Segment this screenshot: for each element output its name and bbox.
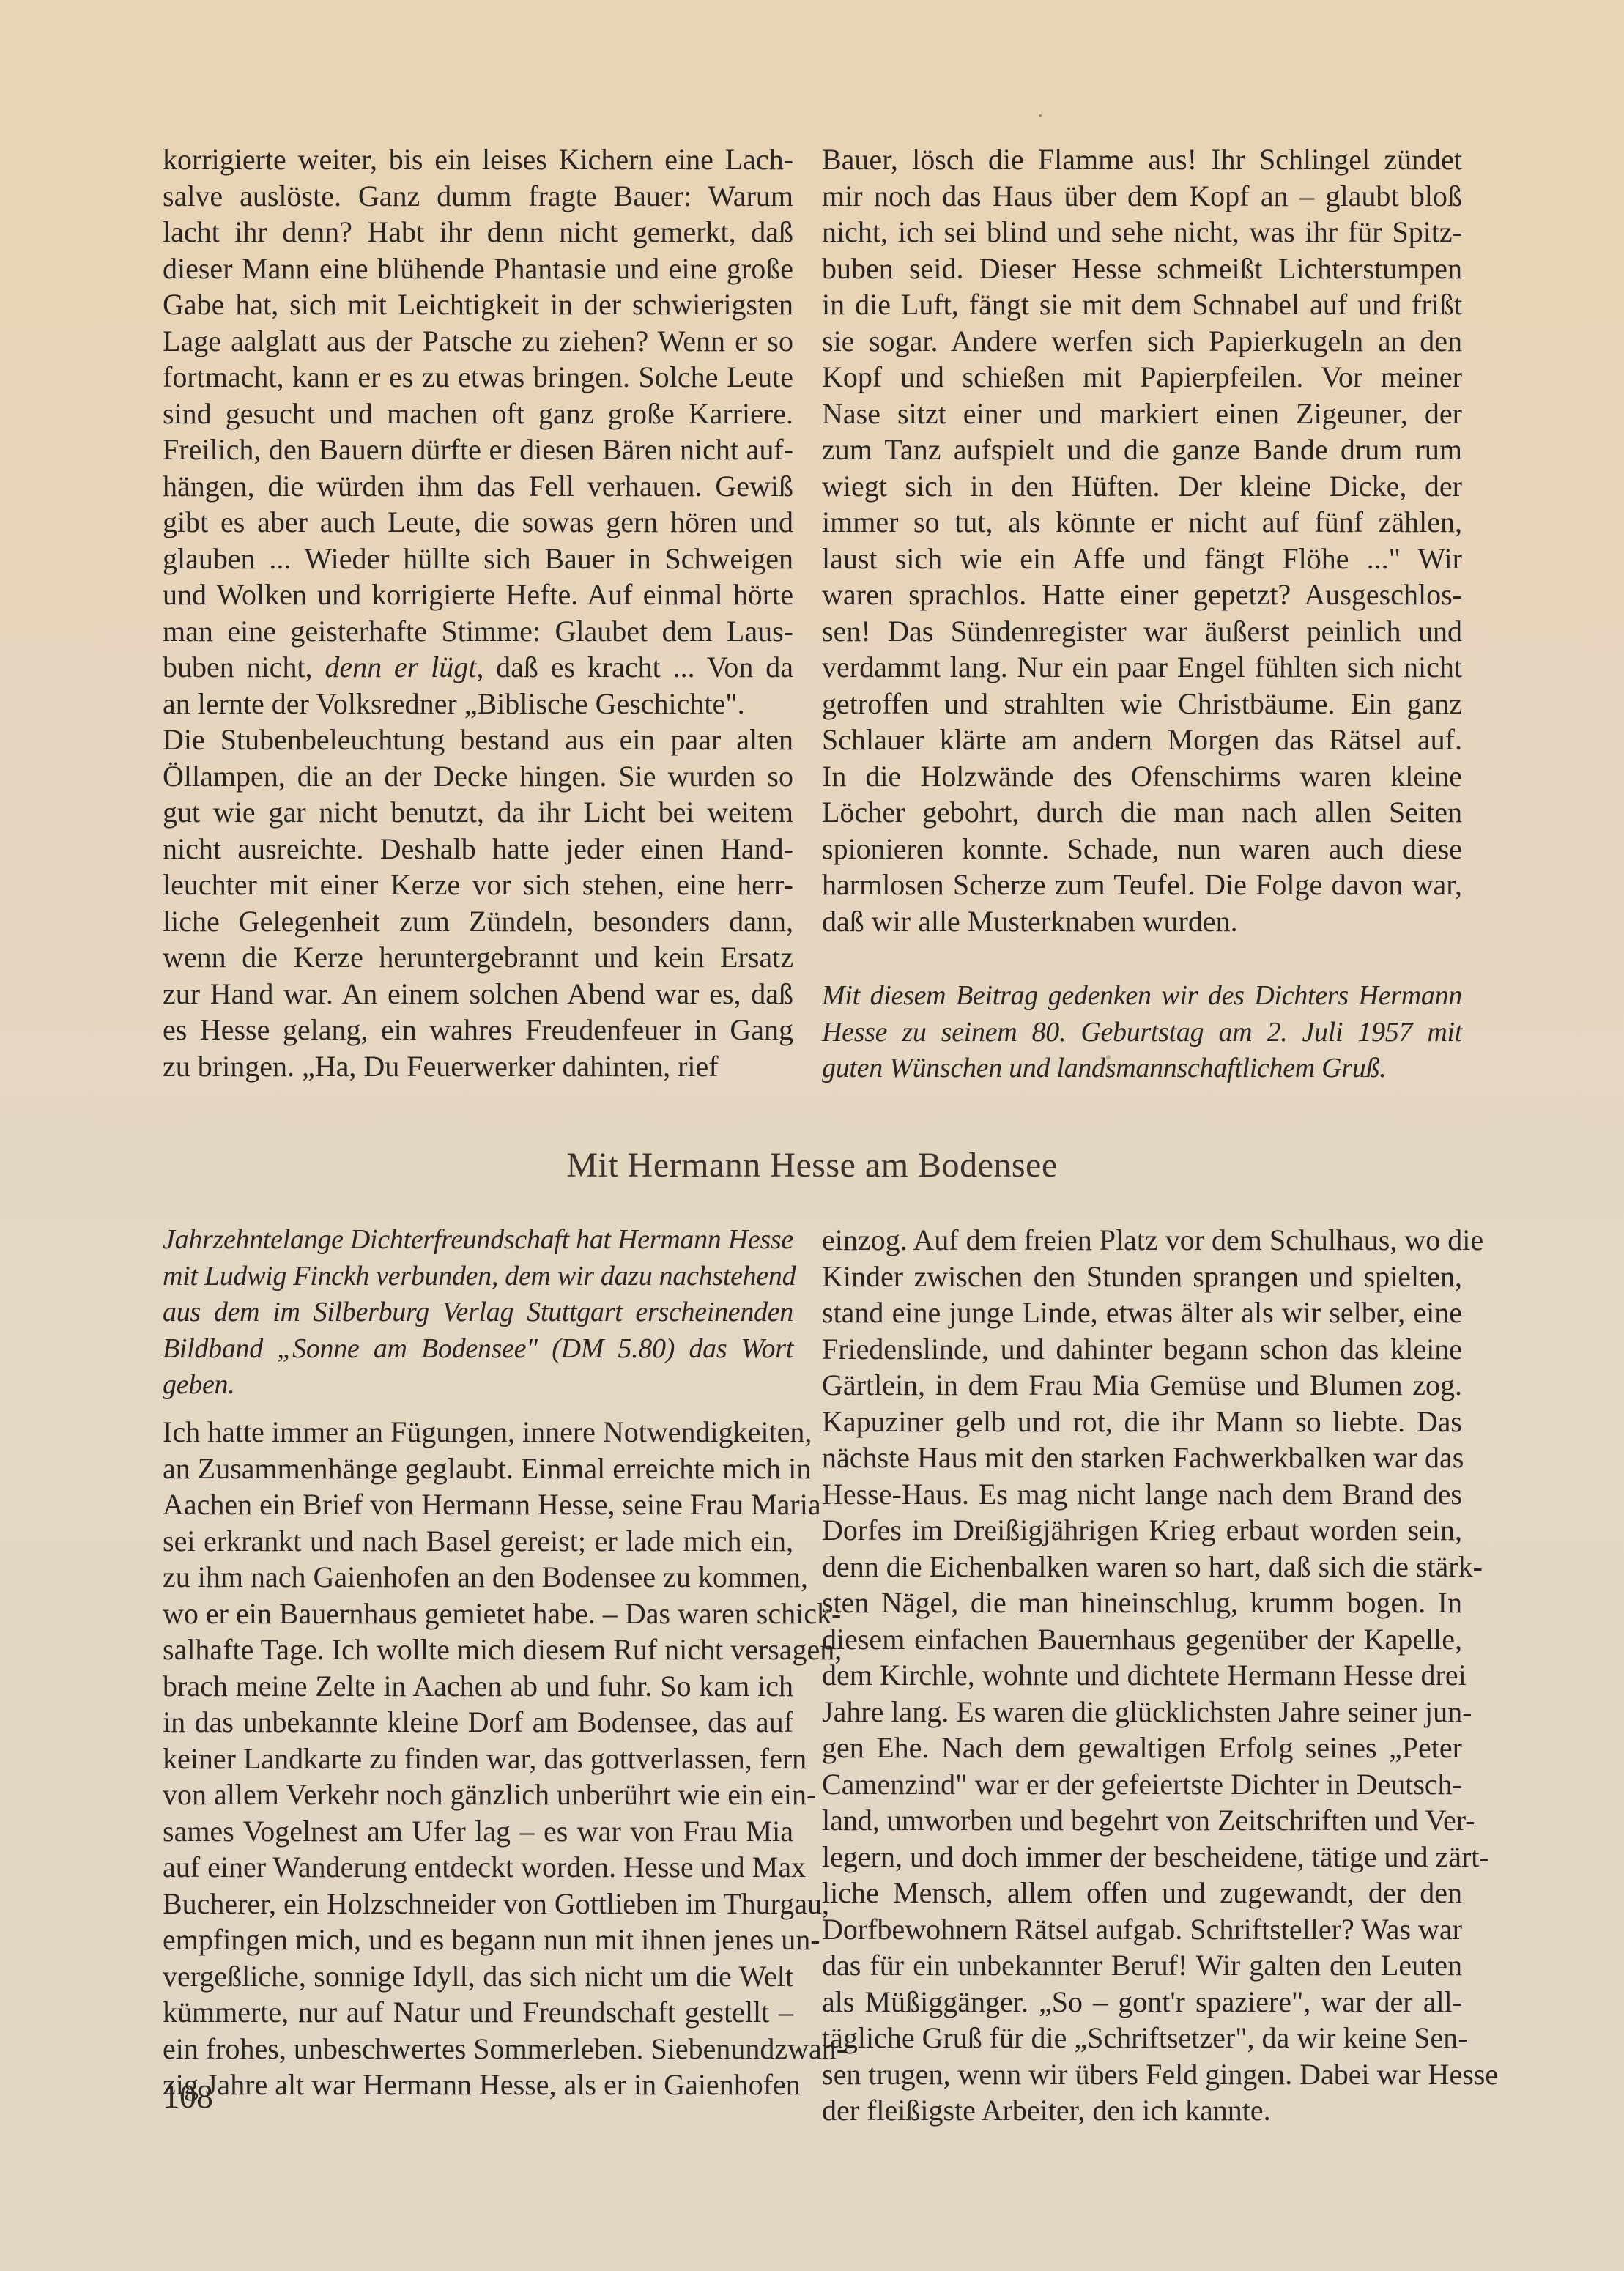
text-line: tägliche Gruß für die „Schriftsetzer", d… xyxy=(822,2020,1462,2056)
text-line: korrigierte weiter, bis ein leises Kiche… xyxy=(163,141,793,178)
text-line: salhafte Tage. Ich wollte mich diesem Ru… xyxy=(163,1631,793,1668)
text-line: einzog. Auf dem freien Platz vor dem Sch… xyxy=(822,1222,1462,1259)
text-line: Dorfes im Dreißigjährigen Krieg erbaut w… xyxy=(822,1512,1462,1549)
text-line: Jahre lang. Es waren die glücklichsten J… xyxy=(822,1694,1462,1730)
text-line: laust sich wie ein Affe und fängt Flöhe … xyxy=(822,541,1462,577)
text-line: gibt es aber auch Leute, die sowas gern … xyxy=(163,504,793,541)
text-line: daß wir alle Musterknaben wurden. xyxy=(822,903,1462,940)
text-line: zig Jahre alt war Hermann Hesse, als er … xyxy=(163,2067,793,2103)
text-line: Gärtlein, in dem Frau Mia Gemüse und Blu… xyxy=(822,1367,1462,1404)
text-line: empfingen mich, und es begann nun mit ih… xyxy=(163,1922,793,1958)
text-line: spionieren konnte. Schade, nun waren auc… xyxy=(822,831,1462,867)
text-line: lacht ihr denn? Habt ihr denn nicht geme… xyxy=(163,214,793,251)
text-line: Öllampen, die an der Decke hingen. Sie w… xyxy=(163,758,793,795)
text-line: Bucherer, ein Holzschneider von Gottlieb… xyxy=(163,1886,793,1922)
text-line: buben nicht, denn er lügt, daß es kracht… xyxy=(163,649,793,686)
text-line: als Müßiggänger. „So – gont'r spaziere",… xyxy=(822,1984,1462,2020)
text-line: mir noch das Haus über dem Kopf an – gla… xyxy=(822,178,1462,215)
text-line: das für ein unbekannter Beruf! Wir galte… xyxy=(822,1947,1462,1984)
text-line: zu bringen. „Ha, Du Feuerwerker dahinten… xyxy=(163,1048,793,1085)
text-line: waren sprachlos. Hatte einer gepetzt? Au… xyxy=(822,577,1462,613)
text-line: hängen, die würden ihm das Fell verhauen… xyxy=(163,468,793,505)
text-line: gut wie gar nicht benutzt, da ihr Licht … xyxy=(163,794,793,831)
text-line: vergeßliche, sonnige Idyll, das sich nic… xyxy=(163,1958,793,1995)
text-line: sei erkrankt und nach Basel gereist; er … xyxy=(163,1523,793,1560)
text-line: liche Mensch, allem offen und zugewandt,… xyxy=(822,1875,1462,1911)
text-line: in die Luft, fängt sie mit dem Schnabel … xyxy=(822,286,1462,323)
text-line: kümmerte, nur auf Natur und Freundschaft… xyxy=(163,1994,793,2031)
text-line: Hesse-Haus. Es mag nicht lange nach dem … xyxy=(822,1476,1462,1513)
text-line: an lernte der Volksredner „Biblische Ges… xyxy=(163,686,793,722)
text-line: man eine geisterhafte Stimme: Glaubet de… xyxy=(163,613,793,650)
text-line: In die Holzwände des Ofenschirms waren k… xyxy=(822,758,1462,795)
text-line: es Hesse gelang, ein wahres Freudenfeuer… xyxy=(163,1012,793,1048)
text-line: Gabe hat, sich mit Leichtigkeit in der s… xyxy=(163,286,793,323)
text-line: und Wolken und korrigierte Hefte. Auf ei… xyxy=(163,577,793,613)
text-line: guten Wünschen und landsmannschaftlichem… xyxy=(822,1051,1462,1087)
text-line: Friedenslinde, und dahinter begann schon… xyxy=(822,1331,1462,1368)
text-line: liche Gelegenheit zum Zündeln, besonders… xyxy=(163,903,793,940)
text-line: stand eine junge Linde, etwas älter als … xyxy=(822,1294,1462,1331)
text-line: zu ihm nach Gaienhofen an den Bodensee z… xyxy=(163,1559,793,1596)
text-line: Bauer, lösch die Flamme aus! Ihr Schling… xyxy=(822,141,1462,178)
text-line: zur Hand war. An einem solchen Abend war… xyxy=(163,976,793,1012)
text-line: Schlauer klärte am andern Morgen das Rät… xyxy=(822,722,1462,758)
text-line: sind gesucht und machen oft ganz große K… xyxy=(163,396,793,432)
text-line: wiegt sich in den Hüften. Der kleine Dic… xyxy=(822,468,1462,505)
text-line: Die Stubenbeleuchtung bestand aus ein pa… xyxy=(163,722,793,758)
text-line: ein frohes, unbeschwertes Sommerleben. S… xyxy=(163,2031,793,2067)
text-line: harmlosen Scherze zum Teufel. Die Folge … xyxy=(822,867,1462,903)
text-line: an Zusammenhänge geglaubt. Einmal erreic… xyxy=(163,1451,793,1487)
text-line: von allem Verkehr noch gänzlich unberühr… xyxy=(163,1777,793,1813)
text-line: immer so tut, als könnte er nicht auf fü… xyxy=(822,504,1462,541)
text-line: mit Ludwig Finckh verbunden, dem wir daz… xyxy=(163,1259,793,1295)
text-line: nicht, ich sei blind und sehe nicht, was… xyxy=(822,214,1462,251)
text-line: Ich hatte immer an Fügungen, innere Notw… xyxy=(163,1414,793,1451)
text-line: fortmacht, kann er es zu etwas bringen. … xyxy=(163,359,793,396)
text-line: Löcher gebohrt, durch die man nach allen… xyxy=(822,794,1462,831)
text-line: sen! Das Sündenregister war äußerst pein… xyxy=(822,613,1462,650)
text-line: Dorfbewohnern Rätsel aufgab. Schriftstel… xyxy=(822,1911,1462,1948)
paper-speck xyxy=(1039,114,1042,117)
paper-speck xyxy=(1106,1055,1111,1059)
text-line: gen Ehe. Nach dem gewaltigen Erfolg sein… xyxy=(822,1730,1462,1766)
top-left-column: korrigierte weiter, bis ein leises Kiche… xyxy=(163,141,793,1084)
text-line: land, umworben und begehrt von Zeitschri… xyxy=(822,1802,1462,1839)
text-line: Nase sitzt einer und markiert einen Zige… xyxy=(822,396,1462,432)
text-line: zum Tanz aufspielt und die ganze Bande d… xyxy=(822,431,1462,468)
text-line: sie sogar. Andere werfen sich Papierkuge… xyxy=(822,323,1462,360)
text-line: buben seid. Dieser Hesse schmeißt Lichte… xyxy=(822,251,1462,287)
text-line: Bildband „Sonne am Bodensee" (DM 5.80) d… xyxy=(163,1331,793,1368)
text-line: Kopf und schießen mit Papierpfeilen. Vor… xyxy=(822,359,1462,396)
text-line: dem Kirchle, wohnte und dichtete Hermann… xyxy=(822,1657,1462,1694)
text-line: auf einer Wanderung entdeckt worden. Hes… xyxy=(163,1849,793,1886)
text-line: Jahrzehntelange Dichterfreundschaft hat … xyxy=(163,1222,793,1259)
text-line: Hesse zu seinem 80. Geburtstag am 2. Jul… xyxy=(822,1015,1462,1051)
text-line: diesem einfachen Bauernhaus gegenüber de… xyxy=(822,1621,1462,1658)
text-line: Kinder zwischen den Stunden sprangen und… xyxy=(822,1259,1462,1295)
text-line: dieser Mann eine blühende Phantasie und … xyxy=(163,251,793,287)
text-line: Camenzind" war er der gefeiertste Dichte… xyxy=(822,1766,1462,1803)
text-line: wenn die Kerze heruntergebrannt und kein… xyxy=(163,939,793,976)
text-line: Aachen ein Brief von Hermann Hesse, sein… xyxy=(163,1486,793,1523)
text-line: verdammt lang. Nur ein paar Engel fühlte… xyxy=(822,649,1462,686)
text-line: glauben ... Wieder hüllte sich Bauer in … xyxy=(163,541,793,577)
text-line: getroffen und strahlten wie Christbäume.… xyxy=(822,686,1462,722)
tribute-note: Mit diesem Beitrag gedenken wir des Dich… xyxy=(822,978,1462,1087)
text-line: sames Vogelnest am Ufer lag – es war von… xyxy=(163,1813,793,1850)
text-line: Lage aalglatt aus der Patsche zu ziehen?… xyxy=(163,323,793,360)
text-line: wo er ein Bauernhaus gemietet habe. – Da… xyxy=(163,1596,793,1632)
article-title: Mit Hermann Hesse am Bodensee xyxy=(0,1145,1624,1185)
text-line: leuchter mit einer Kerze vor sich stehen… xyxy=(163,867,793,903)
text-line: aus dem im Silberburg Verlag Stuttgart e… xyxy=(163,1294,793,1331)
top-right-column: Bauer, lösch die Flamme aus! Ihr Schling… xyxy=(822,141,1462,939)
text-line: nächste Haus mit den starken Fachwerkbal… xyxy=(822,1440,1462,1476)
text-line: salve auslöste. Ganz dumm fragte Bauer: … xyxy=(163,178,793,215)
article-right-column: einzog. Auf dem freien Platz vor dem Sch… xyxy=(822,1222,1462,2129)
text-line: Mit diesem Beitrag gedenken wir des Dich… xyxy=(822,978,1462,1015)
article-left-column: Ich hatte immer an Fügungen, innere Notw… xyxy=(163,1414,793,2103)
article-intro: Jahrzehntelange Dichterfreundschaft hat … xyxy=(163,1222,793,1404)
text-line: der fleißigste Arbeiter, den ich kannte. xyxy=(822,2092,1462,2129)
text-line: Kapuziner gelb und rot, die ihr Mann so … xyxy=(822,1404,1462,1440)
text-line: keiner Landkarte zu finden war, das gott… xyxy=(163,1741,793,1777)
text-line: sen trugen, wenn wir übers Feld gingen. … xyxy=(822,2056,1462,2093)
text-line: legern, und doch immer der bescheidene, … xyxy=(822,1839,1462,1875)
text-line: Freilich, den Bauern dürfte er diesen Bä… xyxy=(163,431,793,468)
text-line: geben. xyxy=(163,1367,793,1404)
text-line: nicht ausreichte. Deshalb hatte jeder ei… xyxy=(163,831,793,867)
scanned-page: korrigierte weiter, bis ein leises Kiche… xyxy=(0,0,1624,2271)
text-line: in das unbekannte kleine Dorf am Bodense… xyxy=(163,1704,793,1741)
text-line: sten Nägel, die man hineinschlug, krumm … xyxy=(822,1585,1462,1621)
text-line: brach meine Zelte in Aachen ab und fuhr.… xyxy=(163,1668,793,1705)
page-number: 108 xyxy=(163,2077,213,2116)
text-line: denn die Eichenbalken waren so hart, daß… xyxy=(822,1549,1462,1585)
